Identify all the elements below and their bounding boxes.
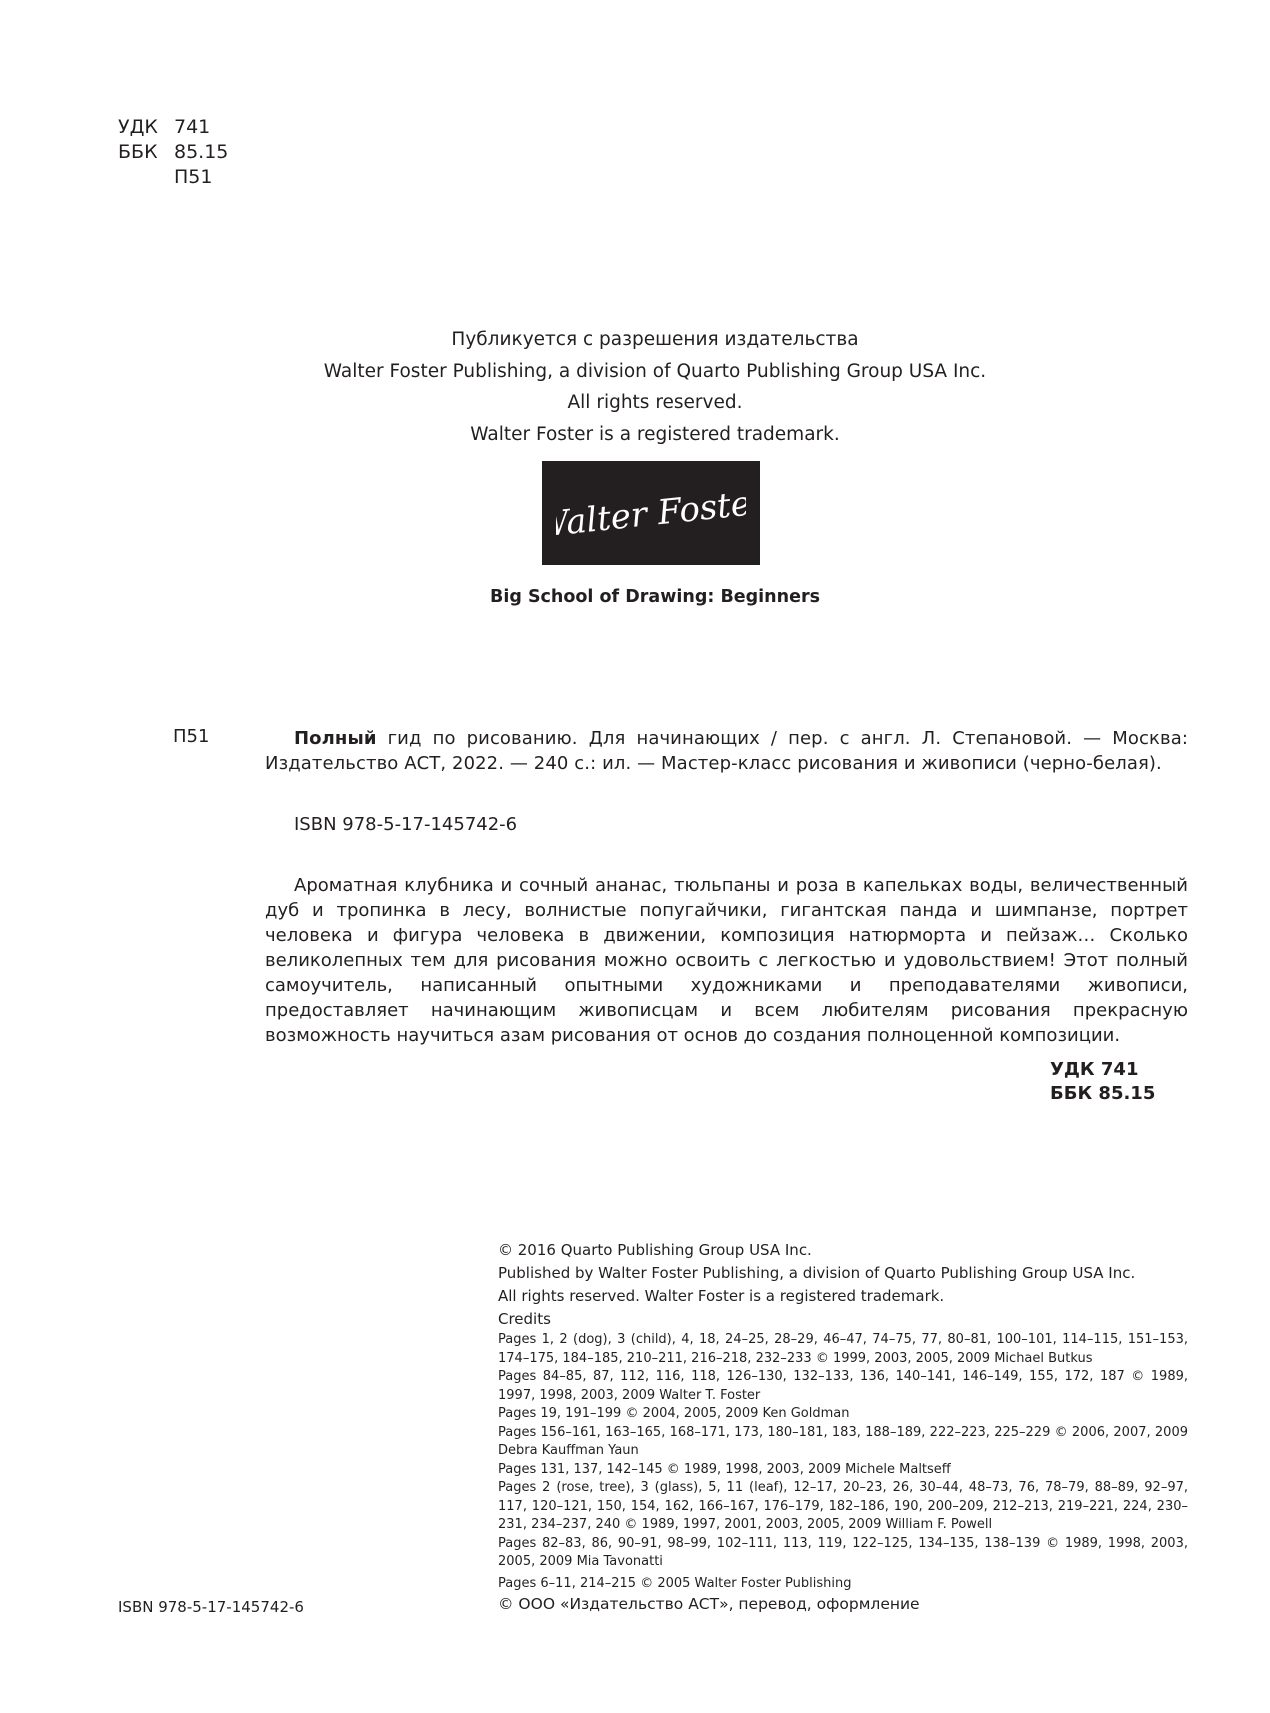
rights-line: All rights reserved. Walter Foster is a … bbox=[498, 1285, 1188, 1308]
udk-row: УДК 741 bbox=[118, 115, 228, 140]
credit-entry: Pages 1, 2 (dog), 3 (child), 4, 18, 24–2… bbox=[498, 1331, 1188, 1368]
classification-summary: УДК 741 ББК 85.15 bbox=[1050, 1058, 1187, 1106]
bbk-label: ББК bbox=[118, 140, 174, 165]
credit-entry: Pages 19, 191–199 © 2004, 2005, 2009 Ken… bbox=[498, 1405, 1188, 1424]
bibliographic-code: П51 bbox=[173, 726, 209, 747]
bbk-row: ББК 85.15 bbox=[118, 140, 228, 165]
credits-block: © 2016 Quarto Publishing Group USA Inc. … bbox=[498, 1239, 1188, 1616]
credit-entry: Pages 2 (rose, tree), 3 (glass), 5, 11 (… bbox=[498, 1479, 1188, 1535]
book-title-bold: Полный bbox=[294, 728, 377, 749]
credits-heading: Credits bbox=[498, 1308, 1188, 1331]
svg-text:Walter Foster: Walter Foster bbox=[556, 482, 746, 546]
udk-label: УДК bbox=[118, 115, 174, 140]
bbk-value: 85.15 bbox=[174, 140, 228, 165]
bbk-summary: ББК 85.15 bbox=[1050, 1082, 1187, 1106]
copyright-line: © 2016 Quarto Publishing Group USA Inc. bbox=[498, 1239, 1188, 1262]
credit-entry: Pages 82–83, 86, 90–91, 98–99, 102–111, … bbox=[498, 1535, 1188, 1572]
walter-foster-logo: Walter Foster bbox=[542, 461, 760, 565]
walter-foster-script-logo-icon: Walter Foster bbox=[556, 473, 746, 553]
credit-entry: Pages 84–85, 87, 112, 116, 118, 126–130,… bbox=[498, 1368, 1188, 1405]
udk-value: 741 bbox=[174, 115, 210, 140]
book-description: гид по рисованию. Для начинающих / пер. … bbox=[265, 728, 1188, 774]
publishing-line: Walter Foster is a registered trademark. bbox=[0, 419, 1270, 451]
udk-summary: УДК 741 bbox=[1050, 1058, 1187, 1082]
author-mark-row: П51 bbox=[118, 165, 228, 190]
published-by-line: Published by Walter Foster Publishing, a… bbox=[498, 1262, 1188, 1285]
credit-entry-last: Pages 6–11, 214–215 © 2005 Walter Foster… bbox=[498, 1575, 1188, 1594]
credit-entry: Pages 131, 137, 142–145 © 1989, 1998, 20… bbox=[498, 1461, 1188, 1480]
publishing-line: Публикуется с разрешения издательства bbox=[0, 324, 1270, 356]
russian-copyright-line: © ООО «Издательство АСТ», перевод, оформ… bbox=[498, 1593, 1188, 1616]
publishing-line: Walter Foster Publishing, a division of … bbox=[0, 356, 1270, 388]
publishing-line: All rights reserved. bbox=[0, 387, 1270, 419]
bibliographic-description: Полный гид по рисованию. Для начинающих … bbox=[265, 726, 1188, 776]
credit-entry: Pages 156–161, 163–165, 168–171, 173, 18… bbox=[498, 1424, 1188, 1461]
classification-block: УДК 741 ББК 85.15 П51 bbox=[118, 115, 228, 190]
publishing-notice: Публикуется с разрешения издательства Wa… bbox=[0, 324, 1270, 450]
annotation-paragraph: Ароматная клубника и сочный ананас, тюль… bbox=[265, 873, 1188, 1048]
original-title: Big School of Drawing: Beginners bbox=[0, 587, 1270, 607]
isbn: ISBN 978-5-17-145742-6 bbox=[294, 814, 517, 835]
author-mark-value: П51 bbox=[174, 165, 212, 190]
footer-isbn: ISBN 978-5-17-145742-6 bbox=[118, 1598, 304, 1616]
author-mark-label bbox=[118, 165, 174, 190]
